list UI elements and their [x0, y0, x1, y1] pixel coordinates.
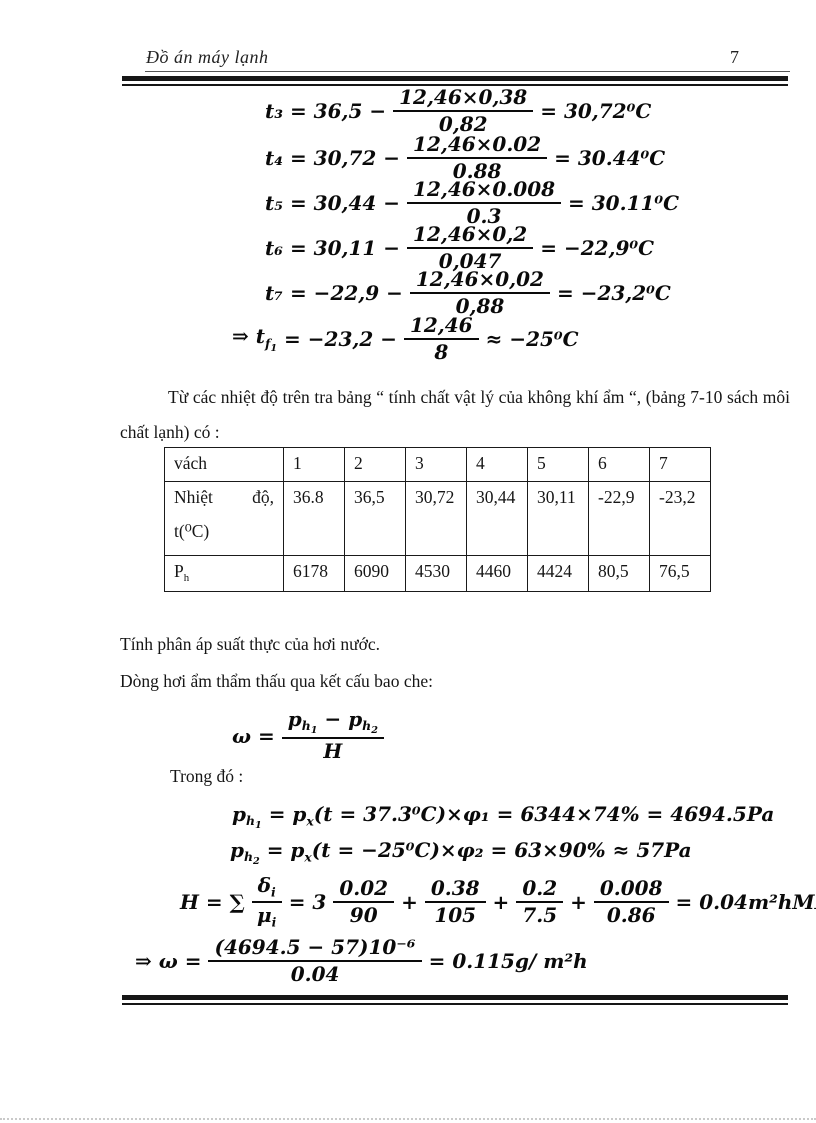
eq-H-delta: δi — [252, 874, 282, 903]
eq-H-plus: + — [570, 890, 587, 914]
eq-H-plus: + — [401, 890, 418, 914]
eq-t3-lhs: t₃ = 36,5 − — [265, 99, 386, 123]
eq-H-fraction-4: 0.008 0.86 — [594, 877, 669, 927]
eq-tf1-denominator: 8 — [434, 340, 448, 364]
eq-tf1-mid: = −23,2 − — [284, 327, 397, 351]
eq-omega-final-fraction: (4694.5 − 57)10⁻⁶ 0.04 — [208, 936, 421, 986]
eq-omega-numerator: ph1 − ph2 — [282, 708, 384, 739]
eq-omega-denominator: H — [323, 739, 342, 763]
eq-H-lhs: H = ∑ — [180, 890, 245, 914]
eq-tf1-numerator: 12,46 — [404, 314, 479, 340]
eq-omega-fraction: ph1 − ph2 H — [282, 708, 384, 763]
eq-tf1-rhs: ≈ −25⁰C — [486, 327, 579, 351]
eq-t4-lhs: t₄ = 30,72 − — [265, 146, 400, 170]
table-cell: 76,5 — [650, 556, 711, 592]
eq-t5-rhs: = 30.11⁰C — [568, 191, 679, 215]
eq-t6-lhs: t₆ = 30,11 − — [265, 236, 400, 260]
eq-omega-final-denominator: 0.04 — [291, 962, 340, 986]
temperature-label-line2: t(⁰C) — [174, 521, 274, 542]
eq-t7-fraction: 12,46×0,02 0,88 — [410, 268, 550, 318]
table-cell: 4460 — [467, 556, 528, 592]
table-cell: 6090 — [345, 556, 406, 592]
eq-t6-fraction: 12,46×0,2 0,047 — [407, 223, 533, 273]
eq-omega-final-numerator: (4694.5 − 57)10⁻⁶ — [208, 936, 421, 962]
table-header-cell: 1 — [284, 448, 345, 482]
eq-t4-fraction: 12,46×0.02 0.88 — [407, 133, 547, 183]
eq-omega-final-rhs: = 0.115g/ m²h — [429, 949, 588, 973]
eq-omega-lhs: ω = — [232, 724, 275, 748]
eq-t7-numerator: 12,46×0,02 — [410, 268, 550, 294]
table-cell: 80,5 — [589, 556, 650, 592]
table-label-temperature: Nhiệt độ, t(⁰C) — [165, 482, 284, 556]
table-cell: 30,44 — [467, 482, 528, 556]
eq-t5-fraction: 12,46×0.008 0.3 — [407, 178, 561, 228]
eq-t4-numerator: 12,46×0.02 — [407, 133, 547, 159]
equation-omega: ω = ph1 − ph2 H — [232, 708, 384, 763]
temperature-label-line1: Nhiệt độ, — [174, 487, 274, 508]
eq-t7-rhs: = −23,2⁰C — [557, 281, 671, 305]
equation-ph2: ph2 = px(t = −25⁰C)×φ₂ = 63×90% ≈ 57Pa — [230, 838, 692, 867]
eq-H-delta-mu-fraction: δi μi — [252, 874, 282, 929]
eq-t7-lhs: t₇ = −22,9 − — [265, 281, 403, 305]
table-cell: 36,5 — [345, 482, 406, 556]
equation-t7: t₇ = −22,9 − 12,46×0,02 0,88 = −23,2⁰C — [265, 268, 671, 318]
table-cell: 4424 — [528, 556, 589, 592]
footer-rule — [122, 995, 788, 1005]
table-cell: 30,72 — [406, 482, 467, 556]
table-cell: -23,2 — [650, 482, 711, 556]
eq-omega-final-lhs: ⇒ ω = — [135, 949, 201, 973]
text-trong-do: Trong đó : — [170, 766, 243, 787]
equation-t3: t₃ = 36,5 − 12,46×0,38 0,82 = 30,72⁰C — [265, 86, 651, 136]
table-header-row: vách 1 2 3 4 5 6 7 — [165, 448, 711, 482]
header-underline — [145, 71, 790, 72]
table-cell: 30,11 — [528, 482, 589, 556]
table-header-cell: 5 — [528, 448, 589, 482]
table-header-cell: 4 — [467, 448, 528, 482]
eq-t3-rhs: = 30,72⁰C — [540, 99, 651, 123]
eq-H-rhs: = 0.04m²hMPa/ g — [676, 890, 816, 914]
eq-t5-lhs: t₅ = 30,44 − — [265, 191, 400, 215]
table-header-vach: vách — [165, 448, 284, 482]
table-cell: 6178 — [284, 556, 345, 592]
table-header-cell: 2 — [345, 448, 406, 482]
table-label-ph: Ph — [165, 556, 284, 592]
equation-H: H = ∑ δi μi = 3 0.02 90 + 0.38 105 + 0.2… — [180, 874, 816, 929]
intro-paragraph: Từ các nhiệt độ trên tra bảng “ tính chấ… — [120, 380, 790, 450]
table-cell: 36.8 — [284, 482, 345, 556]
humid-air-properties-table: vách 1 2 3 4 5 6 7 Nhiệt độ, t(⁰C) 36.8 … — [164, 447, 711, 592]
header-title: Đồ án máy lạnh — [146, 47, 269, 68]
table-cell: -22,9 — [589, 482, 650, 556]
eq-H-mu: μi — [257, 903, 276, 930]
equation-t5: t₅ = 30,44 − 12,46×0.008 0.3 = 30.11⁰C — [265, 178, 679, 228]
table-row-temperature: Nhiệt độ, t(⁰C) 36.8 36,5 30,72 30,44 30… — [165, 482, 711, 556]
eq-H-fraction-1: 0.02 90 — [333, 877, 394, 927]
eq-H-fraction-3: 0.2 7.5 — [516, 877, 563, 927]
eq-H-eq3: = 3 — [289, 890, 327, 914]
eq-tf1-fraction: 12,46 8 — [404, 314, 479, 364]
eq-t4-rhs: = 30.44⁰C — [554, 146, 665, 170]
table-header-cell: 3 — [406, 448, 467, 482]
eq-ph2-content: ph2 = px(t = −25⁰C)×φ₂ = 63×90% ≈ 57Pa — [230, 838, 692, 867]
eq-t6-rhs: = −22,9⁰C — [540, 236, 654, 260]
eq-ph1-content: ph1 = px(t = 37.3⁰C)×φ₁ = 6344×74% = 469… — [232, 802, 774, 831]
eq-H-fraction-2: 0.38 105 — [425, 877, 486, 927]
table-row-ph: Ph 6178 6090 4530 4460 4424 80,5 76,5 — [165, 556, 711, 592]
document-page: Đồ án máy lạnh 7 t₃ = 36,5 − 12,46×0,38 … — [0, 0, 816, 1123]
text-partial-pressure: Tính phân áp suất thực của hơi nước. — [120, 634, 380, 655]
text-moisture-flow: Dòng hơi ẩm thẩm thấu qua kết cấu bao ch… — [120, 671, 433, 692]
table-header-cell: 7 — [650, 448, 711, 482]
equation-tf1: ⇒ tf1 = −23,2 − 12,46 8 ≈ −25⁰C — [232, 314, 579, 364]
equation-t6: t₆ = 30,11 − 12,46×0,2 0,047 = −22,9⁰C — [265, 223, 654, 273]
eq-tf1-lhs: ⇒ tf1 — [232, 324, 277, 353]
eq-t3-numerator: 12,46×0,38 — [393, 86, 533, 112]
page-edge-dotted-line — [0, 1118, 816, 1120]
table-cell: 4530 — [406, 556, 467, 592]
eq-t6-numerator: 12,46×0,2 — [407, 223, 533, 249]
eq-H-plus: + — [493, 890, 510, 914]
equation-omega-final: ⇒ ω = (4694.5 − 57)10⁻⁶ 0.04 = 0.115g/ m… — [135, 936, 588, 986]
table-header-cell: 6 — [589, 448, 650, 482]
eq-t3-fraction: 12,46×0,38 0,82 — [393, 86, 533, 136]
page-number: 7 — [730, 47, 739, 68]
eq-t5-numerator: 12,46×0.008 — [407, 178, 561, 204]
equation-ph1: ph1 = px(t = 37.3⁰C)×φ₁ = 6344×74% = 469… — [232, 802, 774, 831]
equation-t4: t₄ = 30,72 − 12,46×0.02 0.88 = 30.44⁰C — [265, 133, 665, 183]
